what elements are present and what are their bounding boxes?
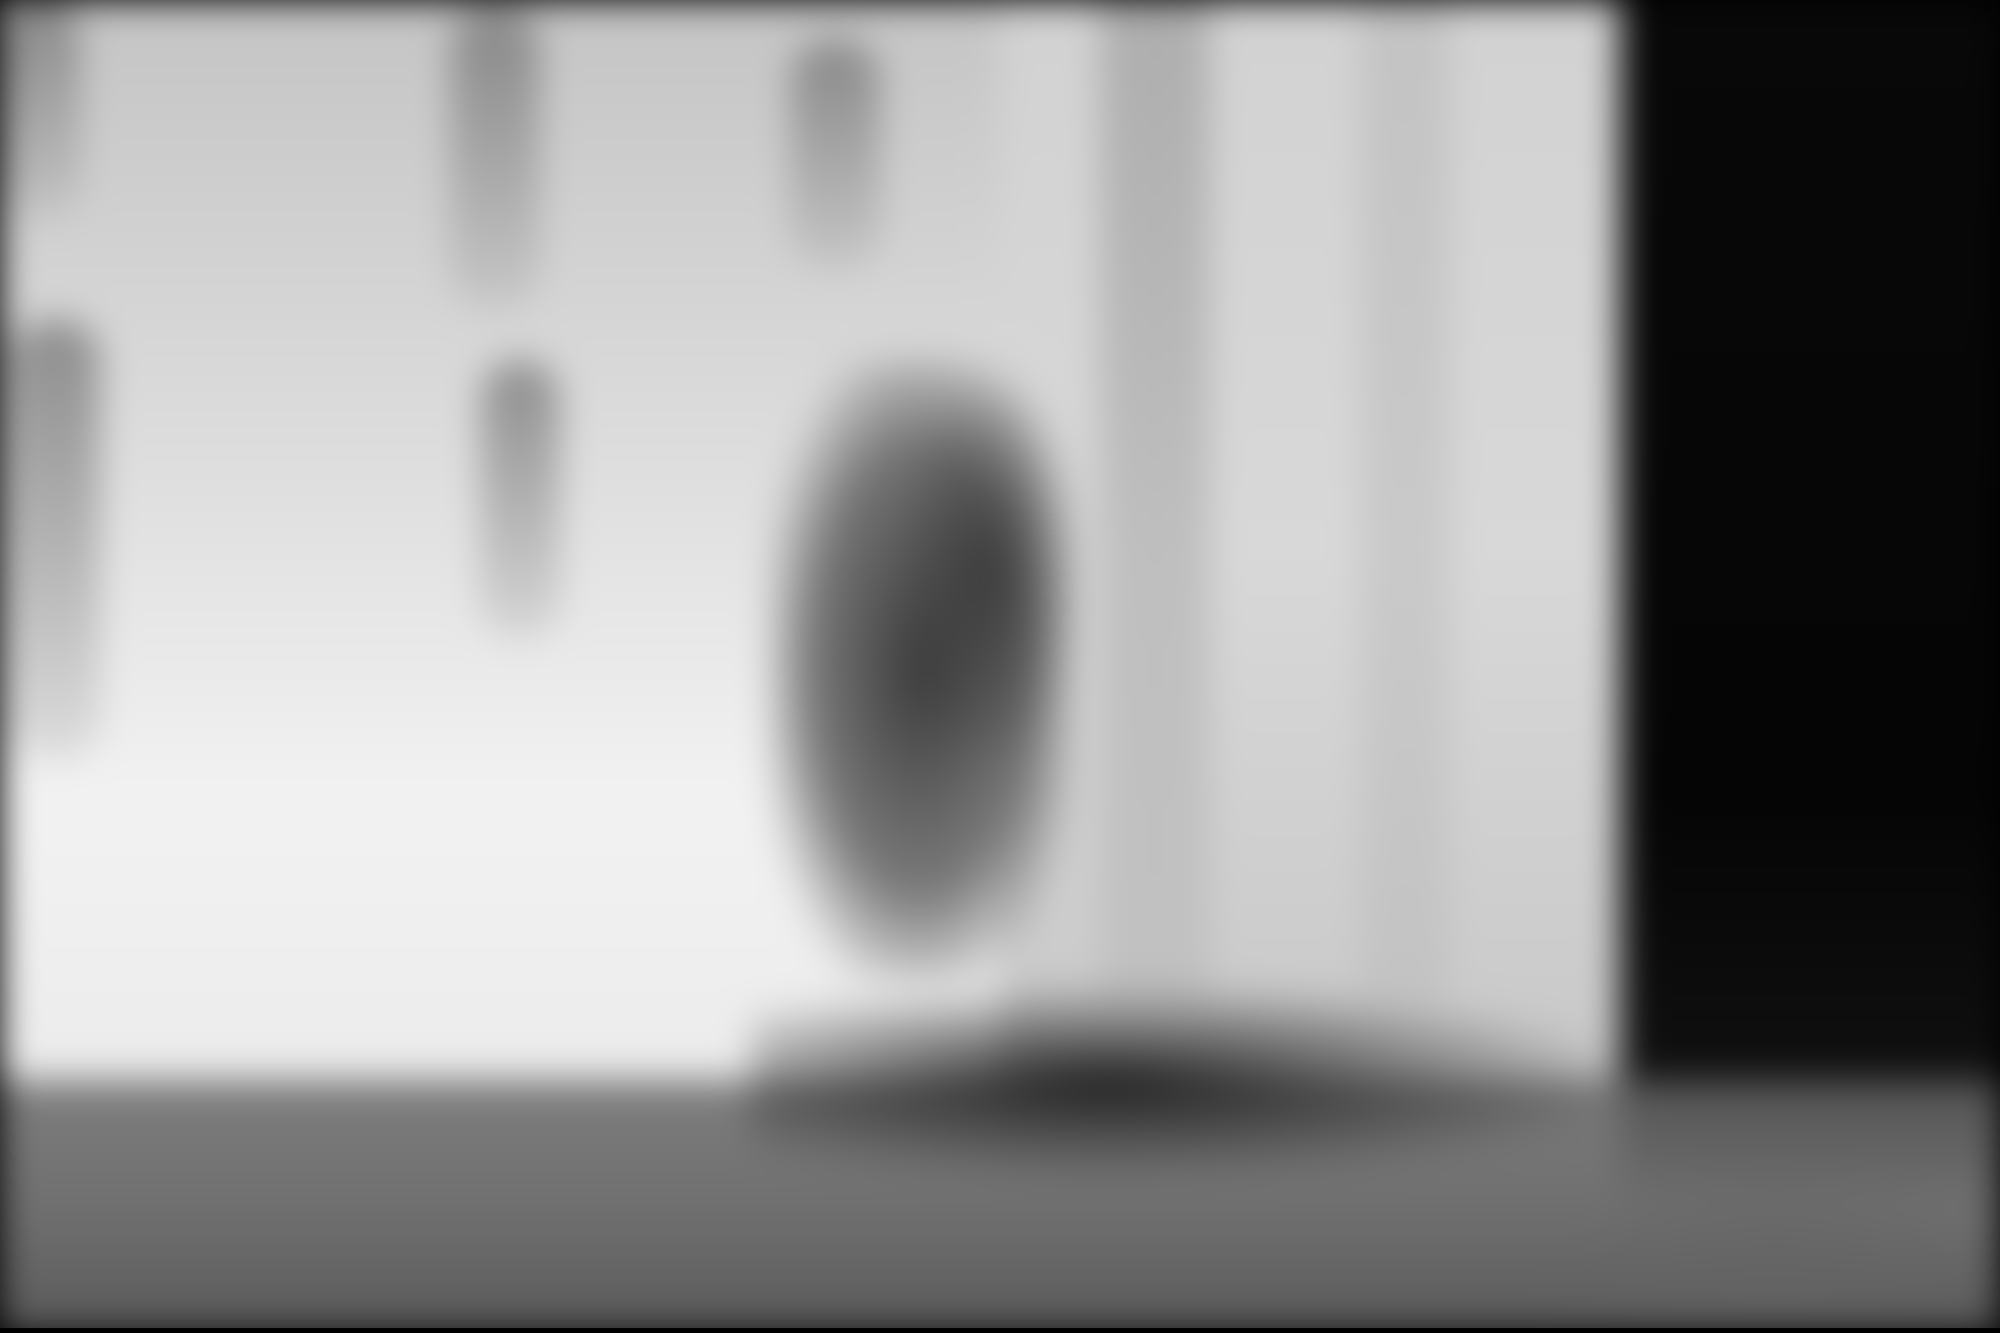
vertical-stripe: [0, 0, 80, 220]
blurred-photo: [0, 0, 2000, 1333]
dark-figure-detail: [900, 380, 1080, 760]
vertical-stripe: [480, 360, 560, 640]
vertical-stripe: [450, 10, 540, 310]
vertical-stripe: [10, 320, 100, 760]
ground-right: [1550, 1150, 2000, 1333]
vertical-stripe: [790, 40, 880, 270]
vertical-stripe: [1360, 0, 1450, 1000]
bottom-border: [0, 1328, 2000, 1333]
vertical-stripe: [1100, 0, 1210, 1000]
ground-shadow: [750, 980, 1650, 1180]
wall-middle: [1000, 0, 1620, 1100]
